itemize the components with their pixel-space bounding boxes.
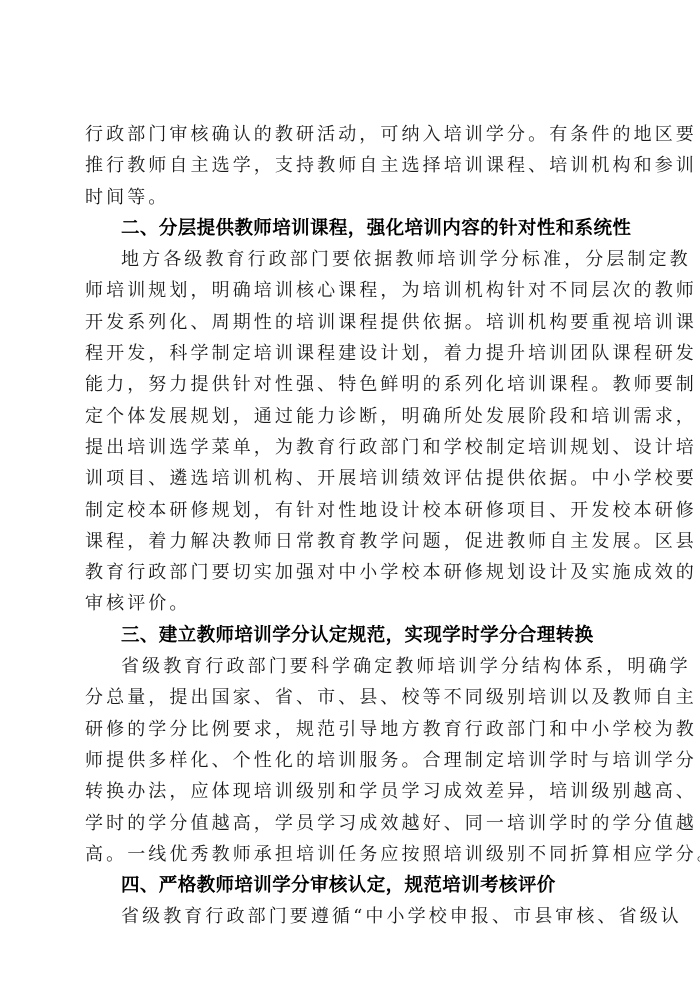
- text-line: 定个体发展规划，通过能力诊断，明确所处发展阶段和培训需求，: [85, 401, 613, 432]
- paragraph-section-3: 省级教育行政部门要科学确定教师培训学分结构体系，明确学 分总量，提出国家、省、市…: [85, 651, 613, 870]
- text-line: 分总量，提出国家、省、市、县、校等不同级别培训以及教师自主: [85, 682, 613, 713]
- text-line: 地方各级教育行政部门要依据教师培训学分标准，分层制定教: [85, 244, 613, 275]
- section-heading-3: 三、建立教师培训学分认定规范，实现学时学分合理转换: [85, 620, 613, 651]
- text-line: 课程，着力解决教师日常教育教学问题，促进教师自主发展。区县: [85, 526, 613, 557]
- section-heading-4: 四、严格教师培训学分审核认定，规范培训考核评价: [85, 870, 613, 901]
- text-line: 省级教育行政部门要科学确定教师培训学分结构体系，明确学: [85, 651, 613, 682]
- text-line: 师培训规划，明确培训核心课程，为培训机构针对不同层次的教师: [85, 275, 613, 306]
- text-line: 时间等。: [85, 182, 613, 213]
- text-line: 程开发，科学制定培训课程建设计划，着力提升培训团队课程研发: [85, 338, 613, 369]
- text-line: 能力，努力提供针对性强、特色鲜明的系列化培训课程。教师要制: [85, 369, 613, 400]
- text-line: 提出培训选学菜单，为教育行政部门和学校制定培训规划、设计培: [85, 432, 613, 463]
- text-line: 制定校本研修规划，有针对性地设计校本研修项目、开发校本研修: [85, 495, 613, 526]
- text-line: 高。一线优秀教师承担培训任务应按照培训级别不同折算相应学分。: [85, 839, 613, 870]
- text-line: 省级教育行政部门要遵循“中小学校申报、市县审核、省级认: [85, 901, 613, 932]
- text-line: 教育行政部门要切实加强对中小学校本研修规划设计及实施成效的: [85, 557, 613, 588]
- text-line: 学时的学分值越高，学员学习成效越好、同一培训学时的学分值越: [85, 808, 613, 839]
- text-line: 训项目、遴选培训机构、开展培训绩效评估提供依据。中小学校要: [85, 463, 613, 494]
- section-heading-2: 二、分层提供教师培训课程，强化培训内容的针对性和系统性: [85, 213, 613, 244]
- paragraph-continuation: 行政部门审核确认的教研活动，可纳入培训学分。有条件的地区要 推行教师自主选学，支…: [85, 119, 613, 213]
- text-line: 师提供多样化、个性化的培训服务。合理制定培训学时与培训学分: [85, 745, 613, 776]
- text-line: 推行教师自主选学，支持教师自主选择培训课程、培训机构和参训: [85, 150, 613, 181]
- document-page: 行政部门审核确认的教研活动，可纳入培训学分。有条件的地区要 推行教师自主选学，支…: [85, 119, 613, 933]
- text-line: 研修的学分比例要求，规范引导地方教育行政部门和中小学校为教: [85, 714, 613, 745]
- text-line: 开发系列化、周期性的培训课程提供依据。培训机构要重视培训课: [85, 307, 613, 338]
- text-line: 行政部门审核确认的教研活动，可纳入培训学分。有条件的地区要: [85, 119, 613, 150]
- text-line: 转换办法，应体现培训级别和学员学习成效差异，培训级别越高、: [85, 776, 613, 807]
- paragraph-section-2: 地方各级教育行政部门要依据教师培训学分标准，分层制定教 师培训规划，明确培训核心…: [85, 244, 613, 620]
- paragraph-section-4: 省级教育行政部门要遵循“中小学校申报、市县审核、省级认: [85, 901, 613, 932]
- text-line: 审核评价。: [85, 588, 613, 619]
